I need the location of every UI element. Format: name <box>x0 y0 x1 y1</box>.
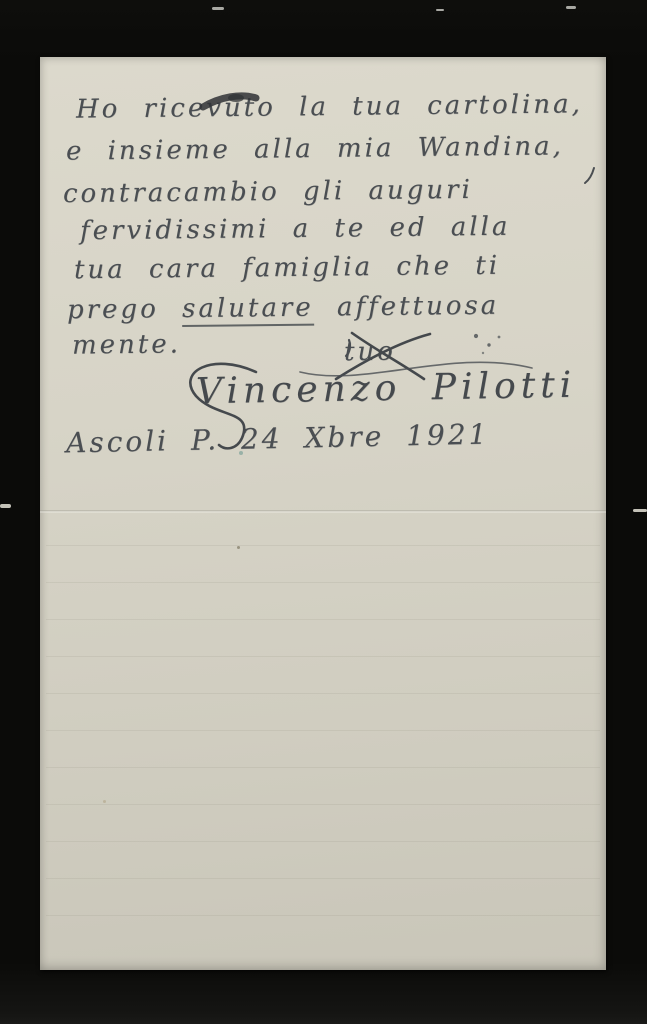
mount-edge-speck <box>212 7 224 10</box>
letter-line: tua cara famiglia che ti <box>74 251 500 285</box>
closing-word-line: mente. <box>72 329 181 360</box>
fold-nick-left <box>0 504 11 508</box>
salutation-post: affettuosa <box>314 291 500 323</box>
faint-ruled-lines <box>46 509 600 941</box>
letter-line-salutation: prego salutare affettuosa <box>67 291 500 326</box>
letter-line: Ho ricevuto la tua cartolina, <box>76 89 583 124</box>
signature: Vincenzo Pilotti <box>196 365 577 413</box>
paper-speck-tan <box>103 800 106 803</box>
salutation-pre: prego <box>67 294 182 325</box>
letter-line: fervidissimi a te ed alla <box>80 212 511 247</box>
letter-line: e insieme alla mia Wandina, <box>66 131 564 166</box>
paper-speck-brown <box>237 546 240 549</box>
page-root: Ho ricevuto la tua cartolina, e insieme … <box>0 0 647 1024</box>
fold-crease <box>40 510 606 513</box>
mount-edge-speck <box>566 6 576 9</box>
crossed-out-word: tuo <box>344 337 396 368</box>
fold-nick-right <box>633 509 647 512</box>
mount-edge-speck <box>436 9 444 11</box>
letter-line: contracambio gli auguri <box>63 175 473 209</box>
underlined-word: salutare <box>182 293 314 327</box>
